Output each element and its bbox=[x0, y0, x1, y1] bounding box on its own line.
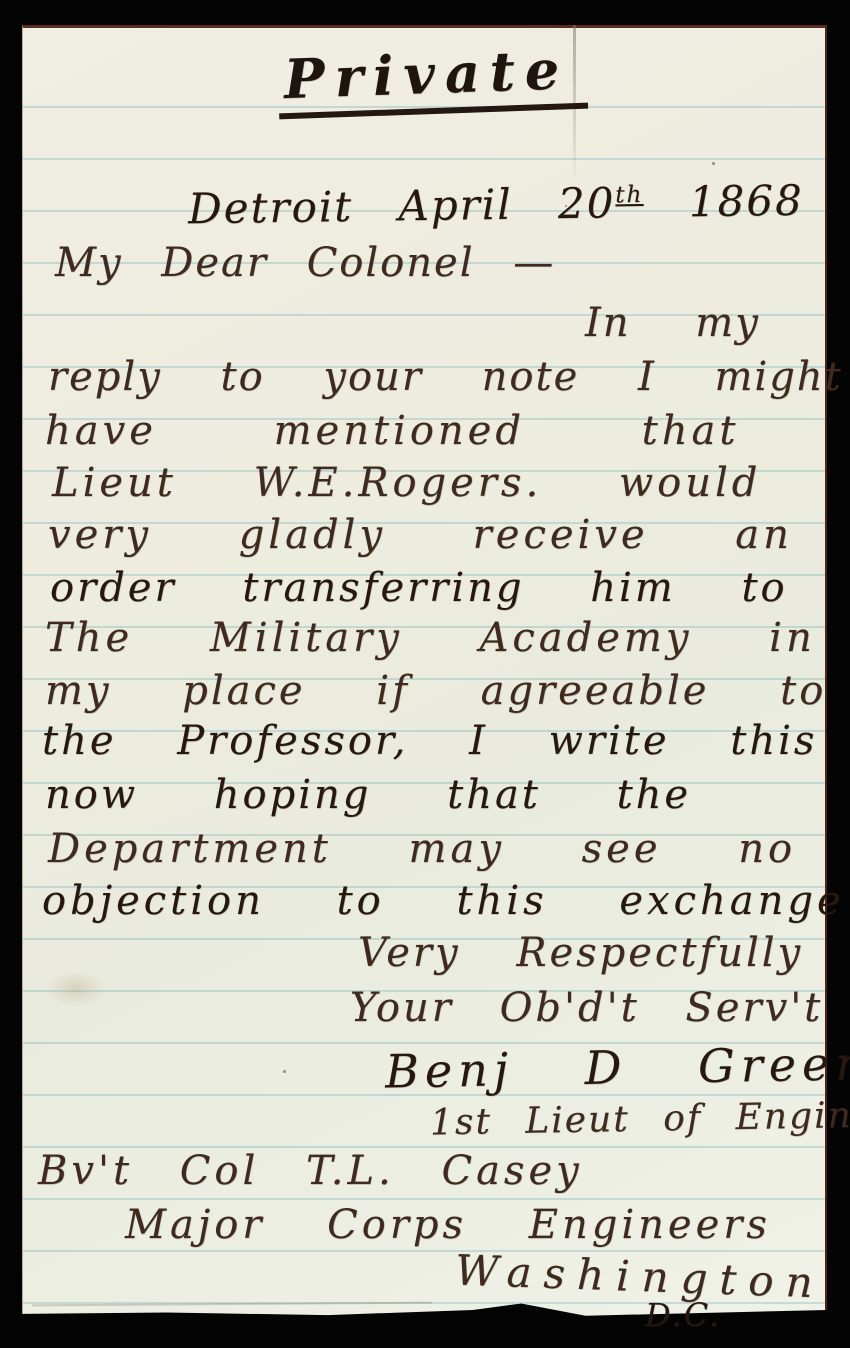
dateline-ordinal: th bbox=[615, 182, 644, 208]
dateline: Detroit April 20th 1868 bbox=[188, 176, 804, 234]
dateline-place-day: Detroit April 20 bbox=[188, 178, 616, 233]
dateline-year: 1868 bbox=[643, 176, 804, 227]
address-line: Bv't Col T.L. Casey bbox=[38, 1148, 583, 1194]
body-line: objection to this exchange bbox=[42, 878, 845, 924]
signature-line: 1st Lieut of Engineers bbox=[430, 1094, 850, 1144]
signature-line: Benj D Greene bbox=[385, 1035, 850, 1098]
body-line: my place if agreeable to bbox=[45, 668, 826, 714]
address-line: Major Corps Engineers bbox=[125, 1202, 771, 1248]
body-line: have mentioned that bbox=[45, 408, 739, 454]
address-line: D.C. bbox=[645, 1296, 721, 1334]
body-line: reply to your note I might bbox=[48, 354, 843, 400]
body-line: order transferring him to bbox=[50, 565, 788, 611]
salutation: My Dear Colonel — bbox=[55, 240, 555, 286]
letter-photograph: Private Detroit April 20th 1868 My Dear … bbox=[0, 0, 850, 1348]
body-line: now hoping that the bbox=[45, 772, 691, 818]
closing-line: Very Respectfully bbox=[358, 930, 803, 976]
private-heading: Private bbox=[277, 37, 589, 120]
body-line: In my bbox=[585, 300, 760, 346]
body-line: very gladly receive an bbox=[48, 512, 793, 558]
body-line: Department may see no bbox=[48, 826, 796, 872]
body-line: the Professor, I write this bbox=[42, 718, 817, 764]
closing-line: Your Ob'd't Serv't bbox=[350, 985, 823, 1031]
body-line: Lieut W.E.Rogers. would bbox=[52, 460, 761, 506]
body-line: The Military Academy in bbox=[45, 615, 816, 661]
